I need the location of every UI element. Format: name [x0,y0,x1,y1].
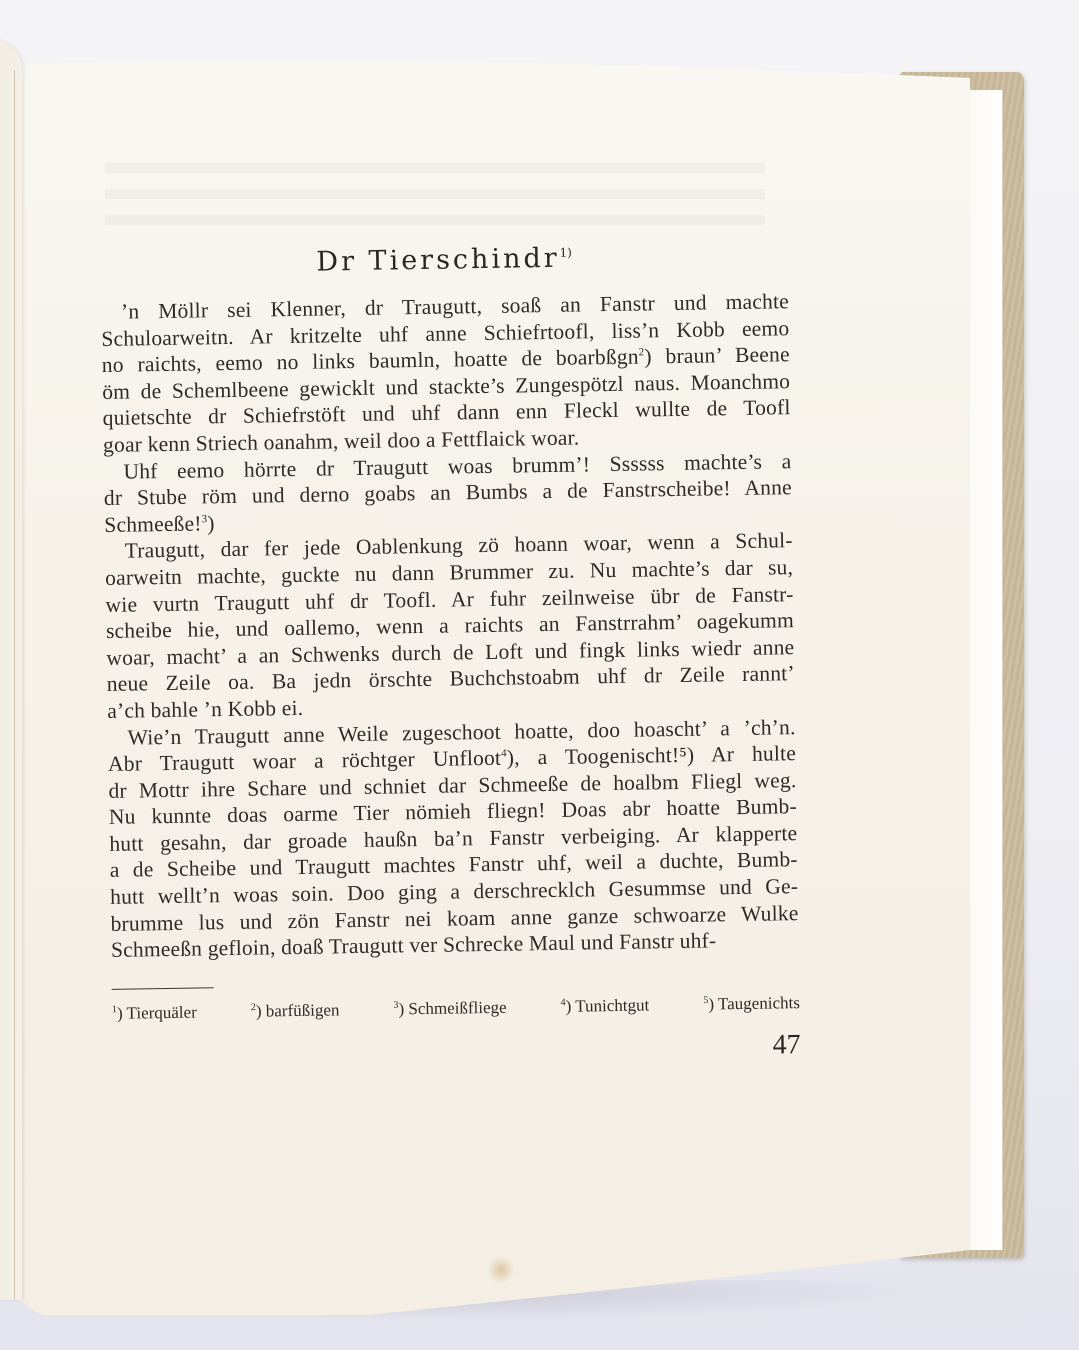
title-footnote-ref: 1) [559,246,572,260]
footnotes: 1) Tierquäler2) barfüßigen3) Schmeißflie… [112,993,800,1024]
gutter [14,70,15,1300]
footnote-divider [112,987,214,990]
footnote-item: 2) barfüßigen [251,1000,340,1021]
footnote-item: 3) Schmeißfliege [393,998,506,1020]
paper-stain [488,1255,514,1285]
text-block: Dr Tierschindr1) ’n Möllr sei Klenner, d… [100,239,801,1072]
footnote-item: 1) Tierquäler [112,1002,197,1023]
show-through-text [105,150,765,225]
footnote-item: 4) Tunichtgut [561,995,650,1016]
body-text: ’n Möllr sei Klenner, dr Traugutt, soaß … [101,288,799,964]
footnote-item: 5) Taugenichts [703,993,800,1015]
chapter-title-text: Dr Tierschindr [316,243,560,278]
facing-page-edge [0,40,22,1300]
